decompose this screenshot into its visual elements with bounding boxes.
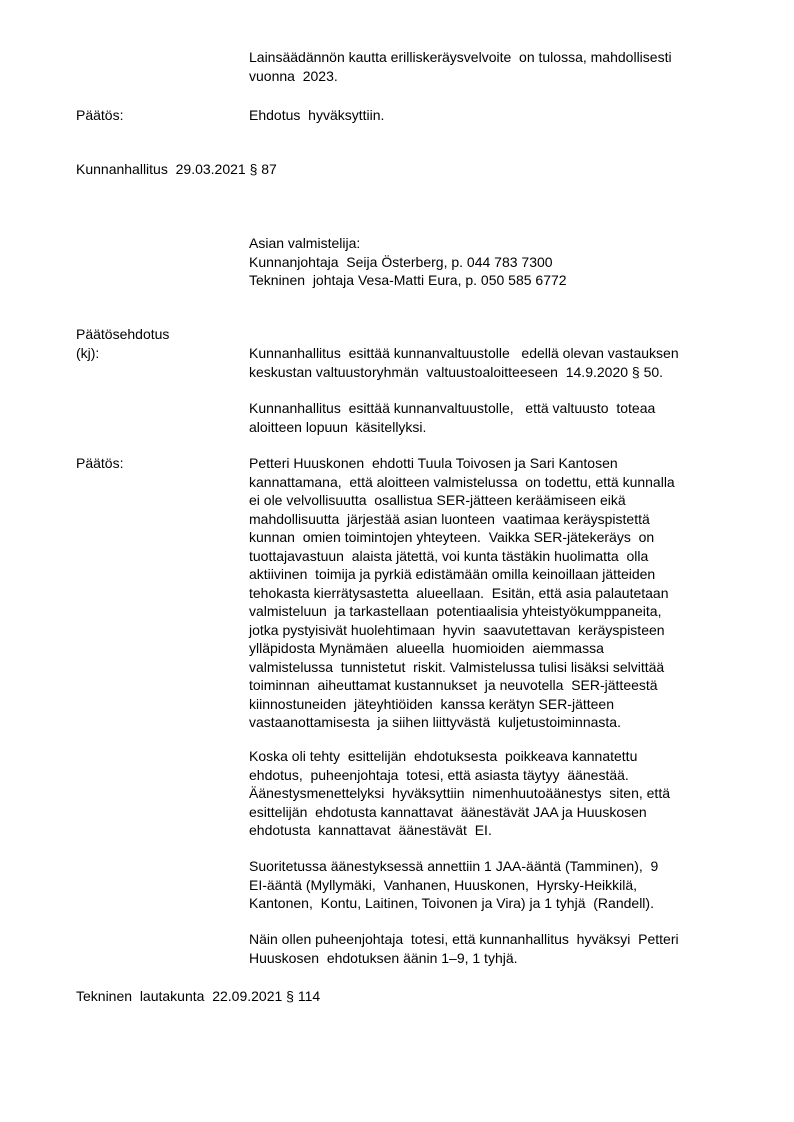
preparer-block: Asian valmistelija: Kunnanjohtaja Seija … [249, 234, 729, 290]
decision2-label: Päätös: [76, 454, 123, 473]
decision2-paragraph-1: Petteri Huuskonen ehdotti Tuula Toivosen… [249, 454, 729, 732]
text-line: Kunnanjohtaja Seija Österberg, p. 044 78… [249, 253, 729, 272]
decision-text: Ehdotus hyväksyttiin. [249, 106, 729, 125]
proposal-label: Päätösehdotus [76, 325, 169, 344]
section-heading-kunnanhallitus: Kunnanhallitus 29.03.2021 § 87 [76, 160, 277, 179]
proposal-paragraph-1: Kunnanhallitus esittää kunnanvaltuustoll… [249, 344, 729, 381]
decision2-paragraph-4: Näin ollen puheenjohtaja totesi, että ku… [249, 930, 729, 967]
text-line: vuonna 2023. [249, 67, 729, 86]
text-line: Lainsäädännön kautta erilliskeräysvelvoi… [249, 48, 729, 67]
decision2-paragraph-3: Suoritetussa äänestyksessä annettiin 1 J… [249, 857, 729, 913]
decision-label: Päätös: [76, 106, 123, 125]
text-line: Asian valmistelija: [249, 234, 729, 253]
text-line: Tekninen johtaja Vesa-Matti Eura, p. 050… [249, 271, 729, 290]
decision2-paragraph-2: Koska oli tehty esittelijän ehdotuksesta… [249, 747, 729, 840]
intro-paragraph: Lainsäädännön kautta erilliskeräysvelvoi… [249, 48, 729, 85]
proposal-label-kj: (kj): [76, 344, 99, 363]
proposal-paragraph-2: Kunnanhallitus esittää kunnanvaltuustoll… [249, 399, 729, 436]
section-heading-tekninen-lautakunta: Tekninen lautakunta 22.09.2021 § 114 [76, 987, 320, 1006]
